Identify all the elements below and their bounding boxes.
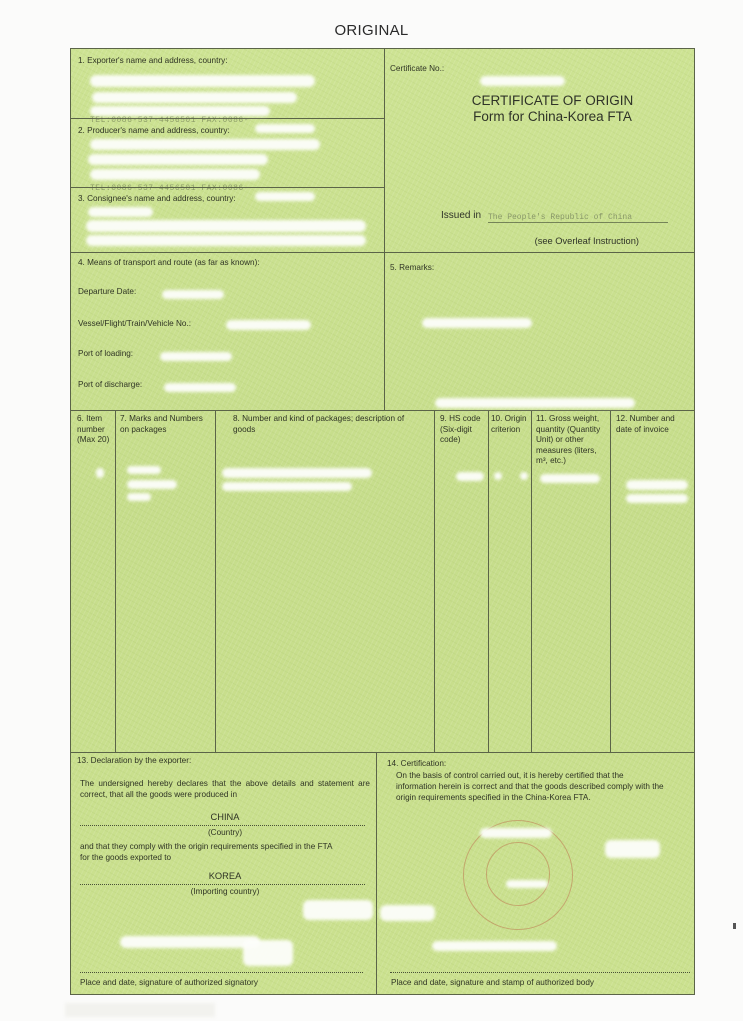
exporter-label: 1. Exporter's name and address, country: [78,56,227,67]
certificate-number-redacted [480,76,565,86]
producer-redacted [88,154,268,165]
divider [70,252,695,253]
authority-signature-caption: Place and date, signature and stamp of a… [391,978,594,989]
declaration-text-1: The undersigned hereby declares that the… [80,778,370,800]
producer-label: 2. Producer's name and address, country: [78,126,230,137]
marks-numbers-header: 7. Marks and Numbers on packages [120,414,214,435]
authority-signature-line [390,972,690,973]
exporter-redacted [90,106,270,116]
hs-code-header: 9. HS code (Six-digit code) [440,414,486,446]
marks-redacted [127,493,151,501]
port-of-discharge-label: Port of discharge: [78,380,142,391]
scan-artifact [733,923,736,929]
divider [488,410,489,752]
exporter-signature-redacted [120,936,260,948]
certificate-title-line2: Form for China-Korea FTA [384,109,695,125]
stamp-redacted [605,840,660,858]
consignee-redacted [86,235,366,246]
declaration-label: 13. Declaration by the exporter: [77,756,191,767]
divider [376,752,377,995]
marks-redacted [127,466,161,474]
hs-code-redacted [456,472,484,481]
divider [115,410,116,752]
item-number-header: 6. Item number (Max 20) [77,414,115,446]
departure-date-redacted [162,290,224,299]
packages-description-header: 8. Number and kind of packages; descript… [233,414,413,435]
scan-artifact [65,1003,215,1017]
invoice-redacted [626,480,688,490]
producer-ghost-text: TEL:0086-537-4456501 FAX:0086- [90,184,249,193]
marks-redacted [127,480,177,489]
invoice-redacted [626,494,688,503]
certification-text: On the basis of control carried out, it … [396,770,666,803]
invoice-header: 12. Number and date of invoice [616,414,692,435]
export-country-line [80,825,365,826]
official-stamp-inner [486,842,550,906]
certificate-title: CERTIFICATE OF ORIGIN Form for China-Kor… [384,93,695,125]
certificate-title-line1: CERTIFICATE OF ORIGIN [384,93,695,109]
declaration-text-2: and that they comply with the origin req… [80,841,340,863]
issued-in-value: The People's Republic of China [488,213,668,223]
gross-weight-header: 11. Gross weight, quantity (Quantity Uni… [536,414,608,467]
exporter-signature-redacted [243,940,293,966]
divider [531,410,532,752]
producer-redacted [255,124,315,133]
port-of-loading-redacted [160,352,232,361]
consignee-redacted [86,220,366,232]
port-of-discharge-redacted [164,383,236,392]
exporter-redacted [92,92,297,103]
certificate-number-label: Certificate No.: [390,64,444,75]
port-of-loading-label: Port of loading: [78,349,133,360]
exporter-signature-caption: Place and date, signature of authorized … [80,978,258,989]
origin-criterion-header: 10. Origin criterion [491,414,531,435]
departure-date-label: Departure Date: [78,287,136,298]
importing-country-value: KOREA [80,871,370,881]
certification-label: 14. Certification: [387,759,446,770]
origin-criterion-redacted [494,472,502,480]
exporter-redacted [90,75,315,87]
issued-in-label: Issued in [441,210,481,221]
vessel-redacted [226,320,311,330]
divider [215,410,216,752]
consignee-redacted [88,207,153,217]
divider [70,410,695,411]
stamp-redacted [380,905,435,921]
gross-weight-redacted [540,474,600,483]
remarks-redacted [435,398,635,408]
description-redacted [222,482,352,491]
divider [70,752,695,753]
consignee-redacted [255,192,315,201]
exporter-ghost-text: TEL:0086-537-4456501 FAX:0086- [90,116,249,125]
exporter-signature-redacted [303,900,373,920]
item-number-redacted [96,468,104,478]
stamp-redacted [480,828,552,838]
description-redacted [222,468,372,478]
export-country-value: CHINA [80,812,370,822]
authority-signature-redacted [432,941,557,951]
divider [434,410,435,752]
producer-redacted [90,169,260,180]
original-header: ORIGINAL [0,22,743,39]
export-country-caption: (Country) [80,828,370,837]
producer-redacted [90,139,320,150]
transport-label: 4. Means of transport and route (as far … [78,258,260,269]
divider [610,410,611,752]
vessel-label: Vessel/Flight/Train/Vehicle No.: [78,319,191,330]
importing-country-line [80,884,365,885]
consignee-label: 3. Consignee's name and address, country… [78,194,236,205]
remarks-redacted [422,318,532,328]
remarks-label: 5. Remarks: [390,263,434,274]
stamp-redacted [506,880,548,888]
origin-criterion-redacted [520,472,528,480]
exporter-signature-line [80,972,363,973]
overleaf-instruction: (see Overleaf Instruction) [384,236,639,246]
importing-country-caption: (Importing country) [80,887,370,896]
